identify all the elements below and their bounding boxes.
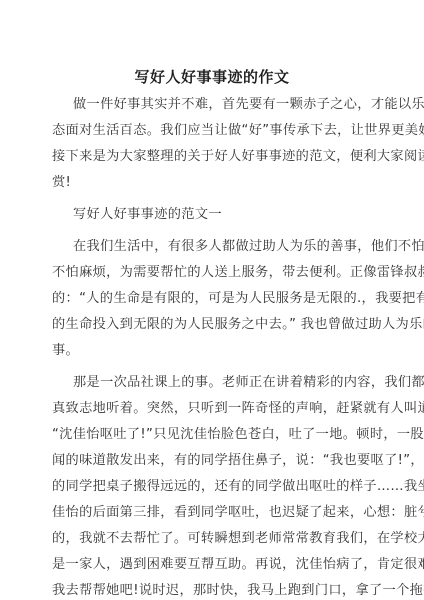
paragraph-line: 赏!	[52, 173, 374, 193]
paragraph-line: 的，我就不去帮忙了。可转瞬想到老师常常教育我们，在学校大家都	[52, 529, 374, 549]
paragraph-line: “沈佳怡呕吐了!”只见沈佳怡脸色苍白，吐了一地。顿时，一股难	[52, 425, 374, 445]
paragraph-line: 的同学把桌子搬得远远的，还有的同学做出呕吐的样子……我坐在沈	[52, 477, 374, 497]
paragraph-line: 接下来是为大家整理的关于好人好事事迹的范文，便利大家阅读与鉴	[52, 147, 374, 167]
paragraph-line: 态面对生活百态。我们应当让做“好”事传承下去，让世界更美妙。	[52, 121, 374, 141]
paragraph-line: 事。	[52, 341, 374, 361]
paragraph-line: 的：“人的生命是有限的，可是为人民服务是无限的.，我要把有限	[52, 289, 374, 309]
paragraph-line: 做一件好事其实并不难，首先要有一颗赤子之心，才能以乐的心	[73, 95, 374, 115]
page-number: 1	[0, 557, 424, 568]
paragraph-line: 真致志地听着。突然，只听到一阵奇怪的声响，赶紧就有人叫道：	[52, 399, 374, 419]
paragraph-line: 那是一次品社课上的事。老师正在讲着精彩的内容，我们都在认	[73, 373, 374, 393]
document-page: 写好人好事事迹的作文 做一件好事其实并不难，首先要有一颗赤子之心，才能以乐的心 …	[0, 0, 424, 600]
paragraph-line: 不怕麻烦，为需要帮忙的人送上服务，带去便利。正像雷锋叔叔所说	[52, 263, 374, 283]
section-heading: 写好人好事事迹的范文一	[73, 205, 374, 225]
paragraph-line: 闻的味道散发出来，有的同学捂住鼻子，说：“我也要呕了!”，有	[52, 451, 374, 471]
paragraph-line: 我去帮帮她吧!说时迟，那时快，我马上跑到门口，拿了一个拖把，	[52, 581, 374, 600]
paragraph-line: 佳怡的后面第三排，看到同学呕吐，也迟疑了起来，心想：脏兮兮	[52, 503, 374, 523]
document-title: 写好人好事事迹的作文	[0, 66, 424, 87]
paragraph-line: 在我们生活中，有很多人都做过助人为乐的善事，他们不怕累，	[73, 237, 374, 257]
paragraph-line: 的生命投入到无限的为人民服务之中去。” 我也曾做过助人为乐的善	[52, 315, 374, 335]
